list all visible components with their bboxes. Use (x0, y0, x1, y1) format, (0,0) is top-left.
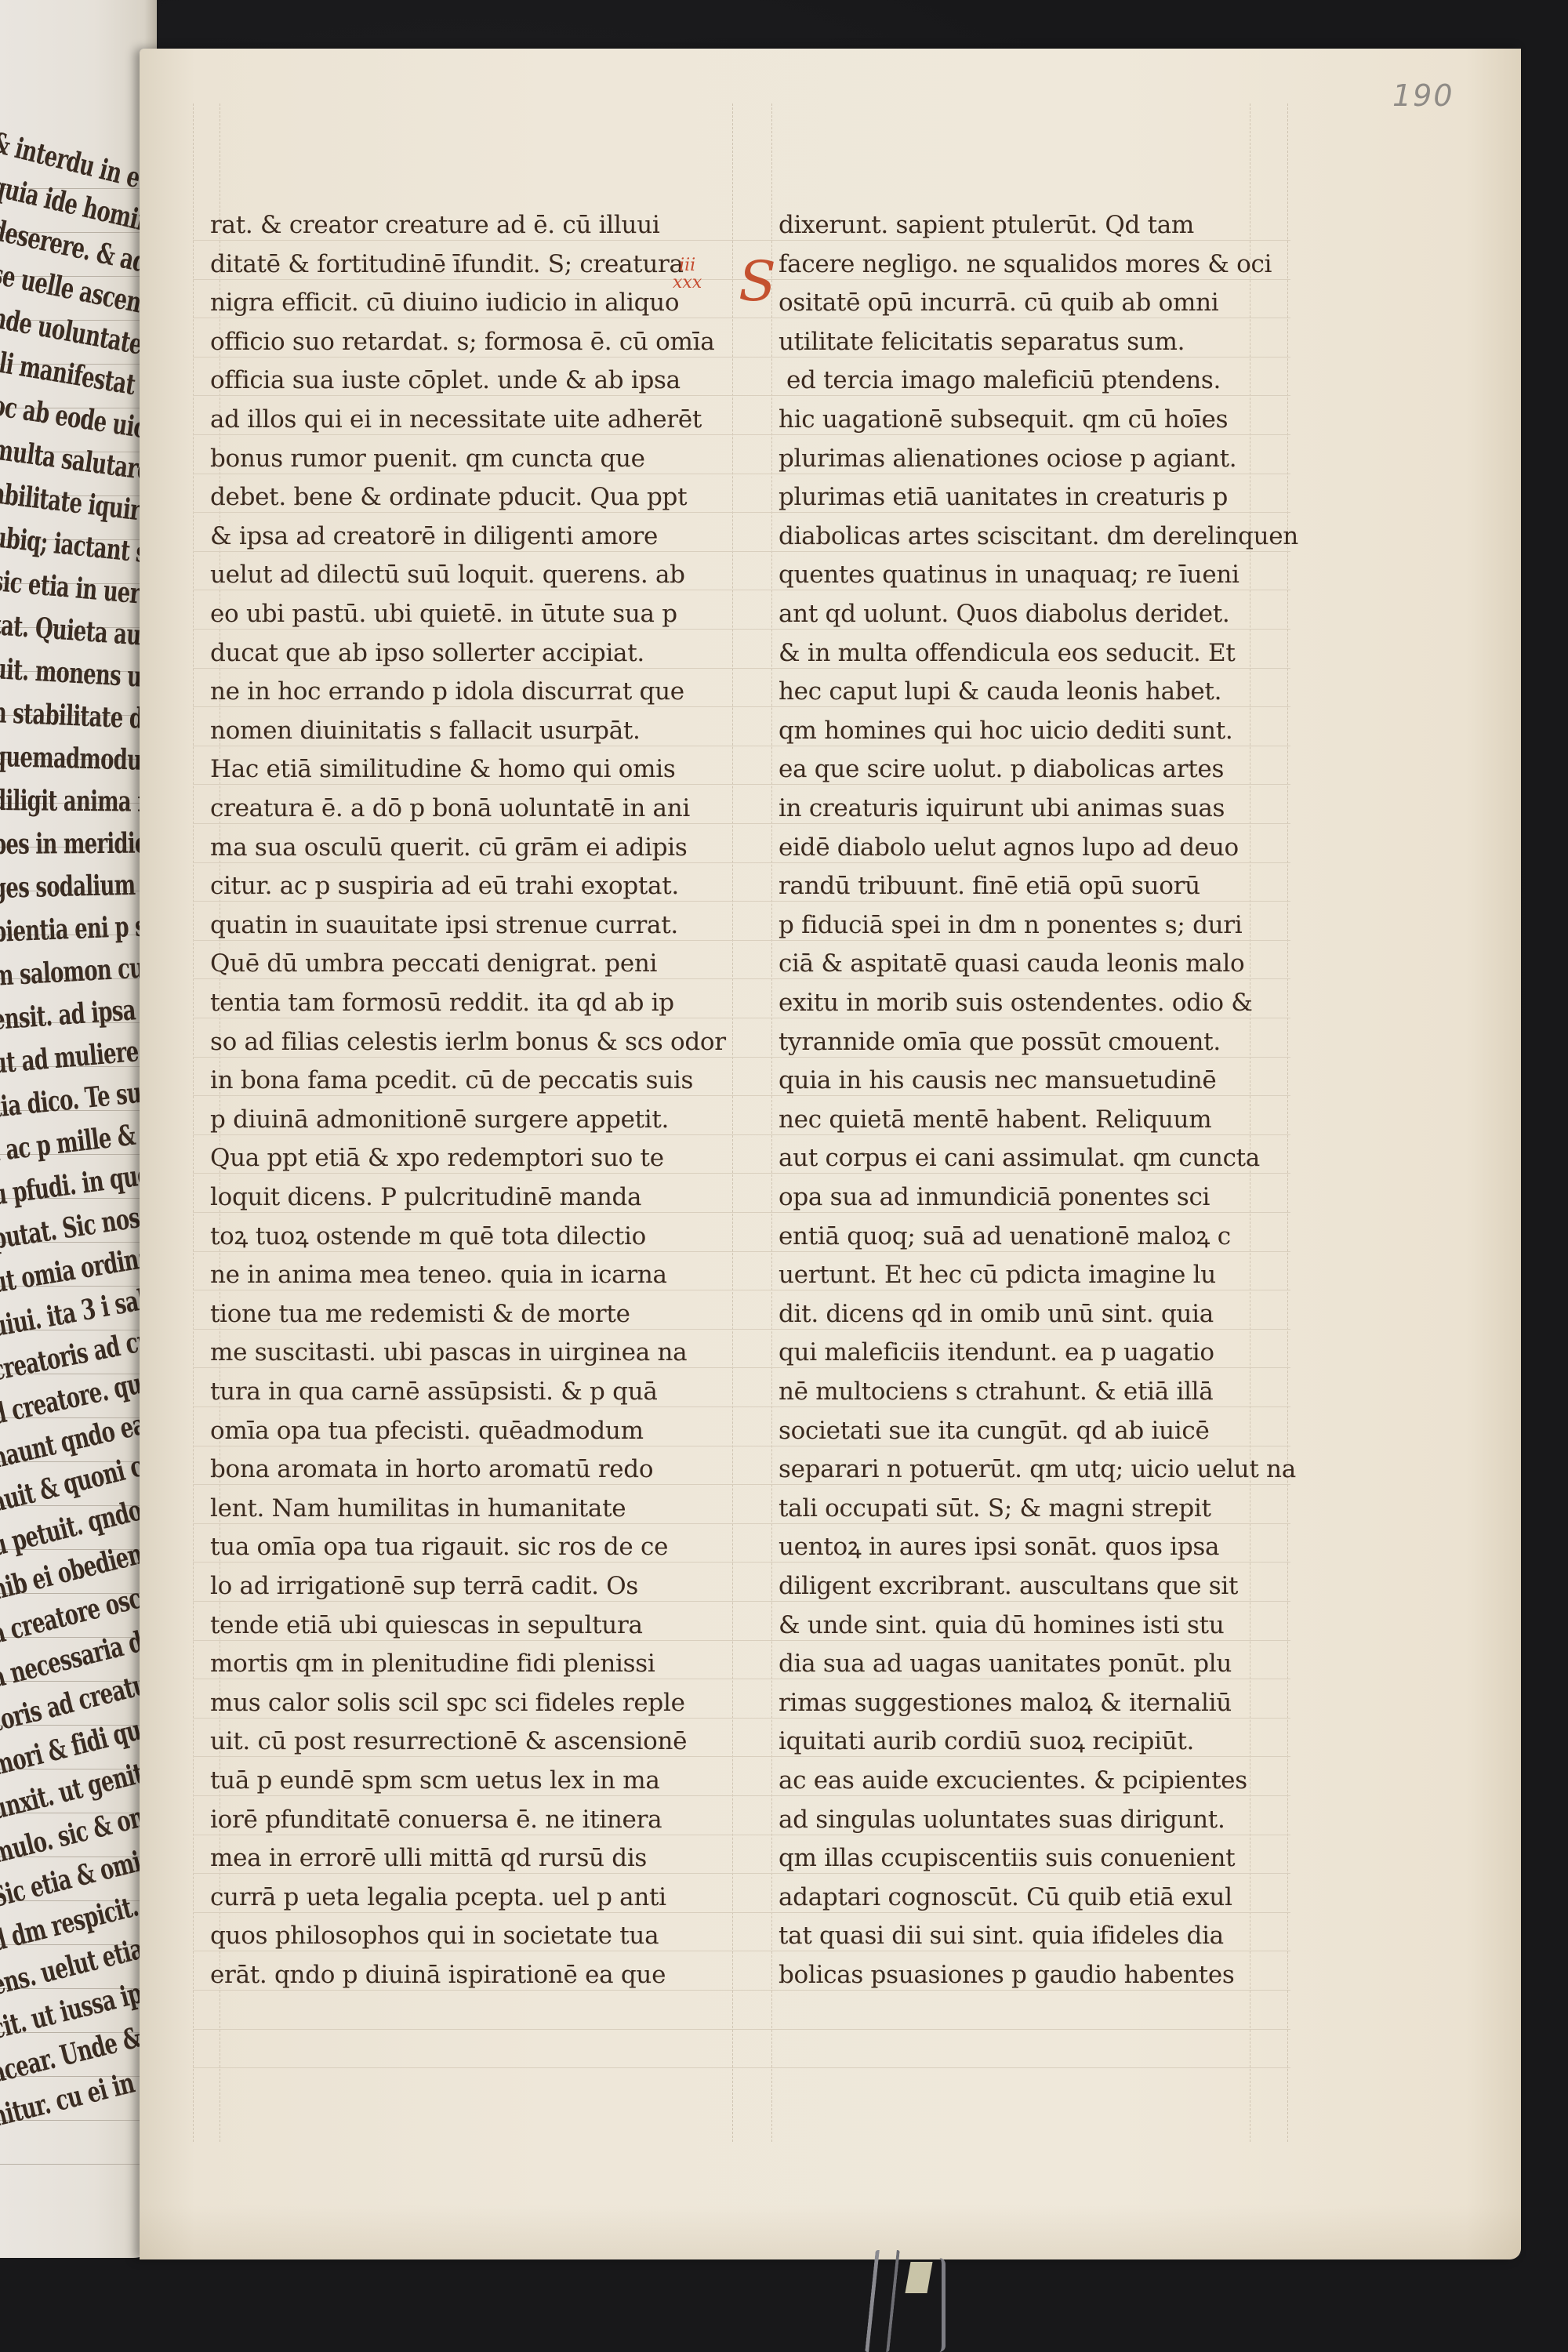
ruling-line (193, 1601, 1290, 1602)
ruling-line (193, 512, 1290, 513)
ruling-line (193, 1484, 1290, 1485)
book-strap (929, 2258, 946, 2352)
text-line: tentia tam formosū reddit. ita qd ab ip (210, 988, 728, 1018)
text-line: mus calor solis scil spc sci fideles rep… (210, 1688, 728, 1718)
text-line: quentes quatinus in unaquaq; re īueni (779, 560, 1280, 590)
ruling-line (193, 357, 1290, 358)
text-line: ducat que ab ipso sollerter accipiat. (210, 638, 728, 668)
rubricated-initial: S (739, 254, 776, 309)
facing-page-text-line: ges sodalium tuo (0, 868, 157, 905)
text-line: toꝝ tuoꝝ ostende m quē tota dilectio (210, 1221, 728, 1251)
facing-page-text-line: pientia eni p salomon (0, 907, 157, 949)
facing-page-text-line: n stabilitate dilig (0, 696, 157, 736)
text-line: Quē dū umbra peccati denigrat. peni (210, 949, 728, 978)
text-line: & unde sint. quia dū homines isti stu (779, 1610, 1280, 1640)
ruling-line (193, 1873, 1290, 1874)
ruling-line (193, 668, 1290, 669)
ruling-line (193, 706, 1290, 707)
ruling-line (193, 2029, 1290, 2030)
ruling-line (193, 474, 1290, 474)
facing-page-text-line: tat. Quieta aut (0, 608, 151, 652)
ruling-line (193, 862, 1290, 863)
text-line: p fiduciā spei in dm n ponentes s; duri (779, 910, 1280, 940)
ruling-line (193, 1134, 1290, 1135)
ruling-line (193, 1562, 1290, 1563)
text-line: mortis qm in plenitudine fidi plenissi (210, 1649, 728, 1679)
ruling-line (193, 240, 1290, 241)
facing-page-text-line: uit. monens ut (0, 652, 151, 694)
text-line: tione tua me redemisti & de morte (210, 1299, 728, 1329)
text-line: eidē diabolo uelut agnos lupo ad deuo (779, 833, 1280, 862)
text-line: hec caput lupi & cauda leonis habet. (779, 677, 1280, 706)
ruling-line (193, 1018, 1290, 1018)
text-line: creatura ē. a dō p bonā uoluntatē in ani (210, 793, 728, 823)
ruling-line (193, 1835, 1290, 1835)
ruling-line (193, 1795, 1290, 1796)
rubric-numeral: iii xxx (673, 257, 702, 292)
ruling-line (193, 1640, 1290, 1641)
text-line: qm homines qui hoc uicio dediti sunt. (779, 716, 1280, 746)
column-ruling (732, 103, 733, 2142)
text-line: erāt. qndo p diuinā ispirationē ea que (210, 1960, 728, 1990)
ruling-line (193, 318, 1290, 318)
ruling-line (193, 1212, 1290, 1213)
text-line: dia sua ad uagas uanitates ponūt. plu (779, 1649, 1280, 1679)
ruling-line (193, 1718, 1290, 1719)
ruling-line (193, 1329, 1290, 1330)
text-line: in creaturis iquirunt ubi animas suas (779, 793, 1280, 823)
text-line: p diuinā admonitionē surgere appetit. (210, 1105, 728, 1134)
facing-page-text-line: ut ad muliere loqu (0, 1030, 157, 1080)
text-line: adaptari cognoscūt. Cū quib etiā exul (779, 1882, 1280, 1912)
text-line: entiā quoq; suā ad uenationē maloꝝ c (779, 1221, 1280, 1251)
text-line: dit. dicens qd in omib unū sint. quia (779, 1299, 1280, 1329)
text-line: plurimas etiā uanitates in creaturis p (779, 482, 1280, 512)
text-line: diabolicas artes sciscitant. dm derelinq… (779, 521, 1280, 551)
text-line: randū tribuunt. finē etiā opū suorū (779, 871, 1280, 901)
text-line: lent. Nam humilitas in humanitate (210, 1494, 728, 1523)
ruling-line (193, 1367, 1290, 1368)
text-line: ad singulas uoluntates suas dirigunt. (779, 1805, 1280, 1835)
text-line: nec quietā mentē habent. Reliquum (779, 1105, 1280, 1134)
column-ruling (771, 103, 772, 2142)
text-line: uertunt. Et hec cū pdicta imagine lu (779, 1260, 1280, 1290)
text-line: nē multociens s ctrahunt. & etiā illā (779, 1377, 1280, 1406)
text-line: me suscitasti. ubi pascas in uirginea na (210, 1338, 728, 1367)
text-line: in bona fama pcedit. cū de peccatis suis (210, 1065, 728, 1095)
text-line: aut corpus ei cani assimulat. qm cuncta (779, 1143, 1280, 1173)
text-line: currā p ueta legalia pcepta. uel p anti (210, 1882, 728, 1912)
text-line: & ipsa ad creatorē in diligenti amore (210, 521, 728, 551)
ruling-line (193, 1756, 1290, 1757)
text-line: & in multa offendicula eos seducit. Et (779, 638, 1280, 668)
left-facing-page: & interdu in eundequia ide hominisdesere… (0, 0, 157, 2258)
text-line: ositatē opū incurrā. cū quib ab omni (779, 288, 1280, 318)
ruling-line (193, 940, 1290, 941)
facing-page-text-line: sic etia in uerbis (0, 564, 157, 613)
text-line: tuā p eundē spm scm uetus lex in ma (210, 1766, 728, 1795)
text-line: hic uagationē subsequit. qm cū hoīes (779, 405, 1280, 434)
text-line: nigra efficit. cū diuino iudicio in aliq… (210, 288, 728, 318)
text-line: eo ubi pastū. ubi quietē. in ūtute sua p (210, 599, 728, 629)
text-line: opa sua ad inmundiciā ponentes sci (779, 1182, 1280, 1212)
text-line: bolicas psuasiones p gaudio habentes (779, 1960, 1280, 1990)
text-line: ne in hoc errando p idola discurrat que (210, 677, 728, 706)
ruling-line (193, 434, 1290, 435)
text-line: officia sua iuste cōplet. unde & ab ipsa (210, 365, 728, 395)
text-line: bona aromata in horto aromatū redo (210, 1454, 728, 1484)
text-line: rimas suggestiones maloꝝ & iternaliū (779, 1688, 1280, 1718)
text-line: officio suo retardat. s; formosa ē. cū o… (210, 327, 728, 357)
text-line: ciā & aspitatē quasi cauda leonis malo (779, 949, 1280, 978)
facing-page-text-line: ensit. ad ipsa in (0, 992, 157, 1036)
text-line: plurimas alienationes ociose p agiant. (779, 444, 1280, 474)
ruling-line (193, 746, 1290, 746)
ruling-line (193, 1679, 1290, 1679)
text-line: qm illas ccupiscentiis suis conuenient (779, 1843, 1280, 1873)
text-line: quatin in suauitate ipsi strenue currat. (210, 910, 728, 940)
text-line: facere negligo. ne squalidos mores & oci (779, 249, 1280, 279)
ruling-line (193, 1251, 1290, 1252)
ruling-line (193, 629, 1290, 630)
ruling-line (193, 1290, 1290, 1290)
ruling-line (193, 1173, 1290, 1174)
text-line: ad illos qui ei in necessitate uite adhe… (210, 405, 728, 434)
ruling-line (193, 901, 1290, 902)
text-line: debet. bene & ordinate pducit. Qua ppt (210, 482, 728, 512)
ruling-line (193, 1951, 1290, 1951)
text-line: tat quasi dii sui sint. quia ifideles di… (779, 1921, 1280, 1951)
rubric-numeral-top: iii (673, 257, 702, 274)
text-line: ant qd uolunt. Quos diabolus deridet. (779, 599, 1280, 629)
text-line: ditatē & fortitudinē īfundit. S; creatur… (210, 249, 728, 279)
ruling-line (193, 1446, 1290, 1446)
facing-page-text-line: diligit anima mea (0, 784, 157, 818)
margin-ruling (193, 103, 194, 2142)
facing-page-text-line: tia dico. Te surrexi (0, 1071, 157, 1124)
facing-page-text-line: pes in meridie. ne (0, 826, 157, 861)
facing-page-text-line: quemadmodu scriptu (0, 740, 157, 779)
ruling-line (193, 395, 1290, 396)
text-line: mea in errorē ulli mittā qd rursū dis (210, 1843, 728, 1873)
text-line: omīa opa tua pfecisti. quēadmodum (210, 1416, 728, 1446)
text-line: ac eas auide excucientes. & pcipientes (779, 1766, 1280, 1795)
text-line: nomen diuinitatis s fallacit usurpāt. (210, 716, 728, 746)
text-line: ed tercia imago maleficiū ptendens. (786, 365, 1288, 395)
text-line: iquitati aurib cordiū suoꝝ recipiūt. (779, 1726, 1280, 1756)
text-line: dixerunt. sapient ptulerūt. Qd tam (779, 210, 1280, 240)
ruling-line (193, 590, 1290, 590)
ruling-line (193, 1990, 1290, 1991)
ruling-line (193, 1095, 1290, 1096)
margin-ruling (1287, 103, 1288, 2142)
ruling-line (0, 2164, 157, 2165)
text-line: lo ad irrigationē sup terrā cadit. Os (210, 1571, 728, 1601)
text-line: citur. ac p suspiria ad eū trahi exoptat… (210, 871, 728, 901)
text-line: Hac etiā similitudine & homo qui omis (210, 754, 728, 784)
text-line: separari n potuerūt. qm utq; uicio uelut… (779, 1454, 1280, 1484)
text-line: bonus rumor puenit. qm cuncta que (210, 444, 728, 474)
text-line: rat. & creator creature ad ē. cū illuui (210, 210, 728, 240)
text-line: uentoꝝ in aures ipsi sonāt. quos ipsa (779, 1532, 1280, 1562)
text-line: loquit dicens. P pulcritudinē manda (210, 1182, 728, 1212)
ruling-line (193, 823, 1290, 824)
text-line: exitu in morib suis ostendentes. odio & (779, 988, 1280, 1018)
rubric-numeral-bottom: xxx (673, 274, 702, 292)
text-line: tende etiā ubi quiescas in sepultura (210, 1610, 728, 1640)
text-line: ma sua osculū querit. cū grām ei adipis (210, 833, 728, 862)
ruling-line (193, 1406, 1290, 1407)
text-line: ne in anima mea teneo. quia in icarna (210, 1260, 728, 1290)
text-line: diligent excribrant. auscultans que sit (779, 1571, 1280, 1601)
manuscript-page: 190 rat. & creator creature ad ē. cū ill… (140, 49, 1521, 2259)
text-line: tyrannide omīa que possūt cmouent. (779, 1027, 1280, 1057)
ruling-line (193, 551, 1290, 552)
text-line: uit. cū post resurrectionē & ascensionē (210, 1726, 728, 1756)
folio-number: 190 (1392, 78, 1454, 113)
text-line: tali occupati sūt. S; & magni strepit (779, 1494, 1280, 1523)
text-line: uelut ad dilectū suū loquit. querens. ab (210, 560, 728, 590)
text-line: so ad filias celestis ierlm bonus & scs … (210, 1027, 728, 1057)
facing-page-text-line: m salomon cu sapien (0, 947, 157, 993)
text-line: iorē pfunditatē conuersa ē. ne itinera (210, 1805, 728, 1835)
text-line: utilitate felicitatis separatus sum. (779, 327, 1280, 357)
text-line: tua omīa opa tua rigauit. sic ros de ce (210, 1532, 728, 1562)
ruling-line (193, 1057, 1290, 1058)
text-line: quia in his causis nec mansuetudinē (779, 1065, 1280, 1095)
text-line: quos philosophos qui in societate tua (210, 1921, 728, 1951)
ruling-line (193, 784, 1290, 785)
text-line: Qua ppt etiā & xpo redemptori suo te (210, 1143, 728, 1173)
facing-page-text-line: ubiq; iactant se (0, 521, 157, 571)
text-line: tura in qua carnē assūpsisti. & p quā (210, 1377, 728, 1406)
text-line: societati sue ita cungūt. qd ab iuicē (779, 1416, 1280, 1446)
text-line: qui maleficiis itendunt. ea p uagatio (779, 1338, 1280, 1367)
ruling-line (193, 1912, 1290, 1913)
ruling-line (193, 978, 1290, 979)
text-line: ea que scire uolut. p diabolicas artes (779, 754, 1280, 784)
ruling-line (193, 1523, 1290, 1524)
ruling-line (193, 2067, 1290, 2068)
